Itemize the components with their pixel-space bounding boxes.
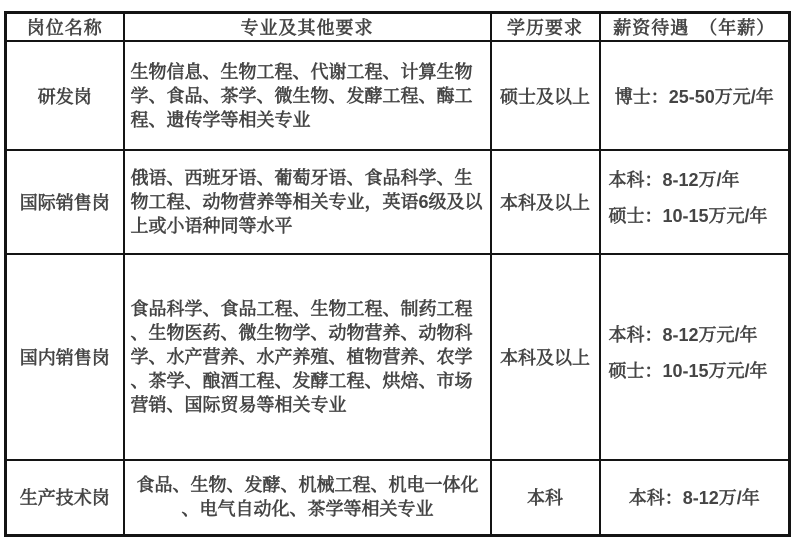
cell-salary: 本科：8-12万/年 硕士：10-15万元/年 bbox=[600, 150, 790, 254]
salary-line: 本科：8-12万/年 bbox=[609, 166, 789, 192]
salary-line: 硕士：10-15万元/年 bbox=[609, 192, 789, 238]
header-cell-requirements: 专业及其他要求 bbox=[124, 13, 491, 42]
cell-position: 生产技术岗 bbox=[6, 460, 124, 535]
cell-requirements: 生物信息、生物工程、代谢工程、计算生物学、食品、茶学、微生物、发酵工程、酶工程、… bbox=[124, 41, 491, 150]
salary-line: 硕士：10-15万元/年 bbox=[609, 347, 789, 393]
cell-position: 研发岗 bbox=[6, 41, 124, 150]
job-positions-table: 岗位名称 专业及其他要求 学历要求 薪资待遇 （年薪） 研发岗 生物信息、生物工… bbox=[4, 11, 791, 537]
cell-salary: 本科：8-12万元/年 硕士：10-15万元/年 bbox=[600, 254, 790, 460]
header-row: 岗位名称 专业及其他要求 学历要求 薪资待遇 （年薪） bbox=[6, 13, 790, 42]
table-body: 研发岗 生物信息、生物工程、代谢工程、计算生物学、食品、茶学、微生物、发酵工程、… bbox=[6, 41, 790, 535]
cell-education: 本科及以上 bbox=[491, 150, 600, 254]
table-header: 岗位名称 专业及其他要求 学历要求 薪资待遇 （年薪） bbox=[6, 13, 790, 42]
header-cell-position: 岗位名称 bbox=[6, 13, 124, 42]
cell-position: 国内销售岗 bbox=[6, 254, 124, 460]
header-cell-education: 学历要求 bbox=[491, 13, 600, 42]
cell-requirements: 食品、生物、发酵、机械工程、机电一体化、电气自动化、茶学等相关专业 bbox=[124, 460, 491, 535]
page-background: 岗位名称 专业及其他要求 学历要求 薪资待遇 （年薪） 研发岗 生物信息、生物工… bbox=[0, 0, 801, 540]
cell-salary: 博士：25-50万元/年 bbox=[600, 41, 790, 150]
cell-salary: 本科：8-12万/年 bbox=[600, 460, 790, 535]
cell-education: 本科及以上 bbox=[491, 254, 600, 460]
table-row: 生产技术岗 食品、生物、发酵、机械工程、机电一体化、电气自动化、茶学等相关专业 … bbox=[6, 460, 790, 535]
table-row: 国际销售岗 俄语、西班牙语、葡萄牙语、食品科学、生物工程、动物营养等相关专业，英… bbox=[6, 150, 790, 254]
salary-line: 本科：8-12万元/年 bbox=[609, 321, 789, 347]
header-cell-salary: 薪资待遇 （年薪） bbox=[600, 13, 790, 42]
cell-requirements: 俄语、西班牙语、葡萄牙语、食品科学、生物工程、动物营养等相关专业，英语6级及以上… bbox=[124, 150, 491, 254]
table-row: 研发岗 生物信息、生物工程、代谢工程、计算生物学、食品、茶学、微生物、发酵工程、… bbox=[6, 41, 790, 150]
table-row: 国内销售岗 食品科学、食品工程、生物工程、制药工程、生物医药、微生物学、动物营养… bbox=[6, 254, 790, 460]
cell-education: 本科 bbox=[491, 460, 600, 535]
cell-education: 硕士及以上 bbox=[491, 41, 600, 150]
salary-line: 本科：8-12万/年 bbox=[601, 484, 789, 510]
cell-requirements: 食品科学、食品工程、生物工程、制药工程、生物医药、微生物学、动物营养、动物科学、… bbox=[124, 254, 491, 460]
salary-line: 博士：25-50万元/年 bbox=[601, 83, 789, 109]
cell-position: 国际销售岗 bbox=[6, 150, 124, 254]
